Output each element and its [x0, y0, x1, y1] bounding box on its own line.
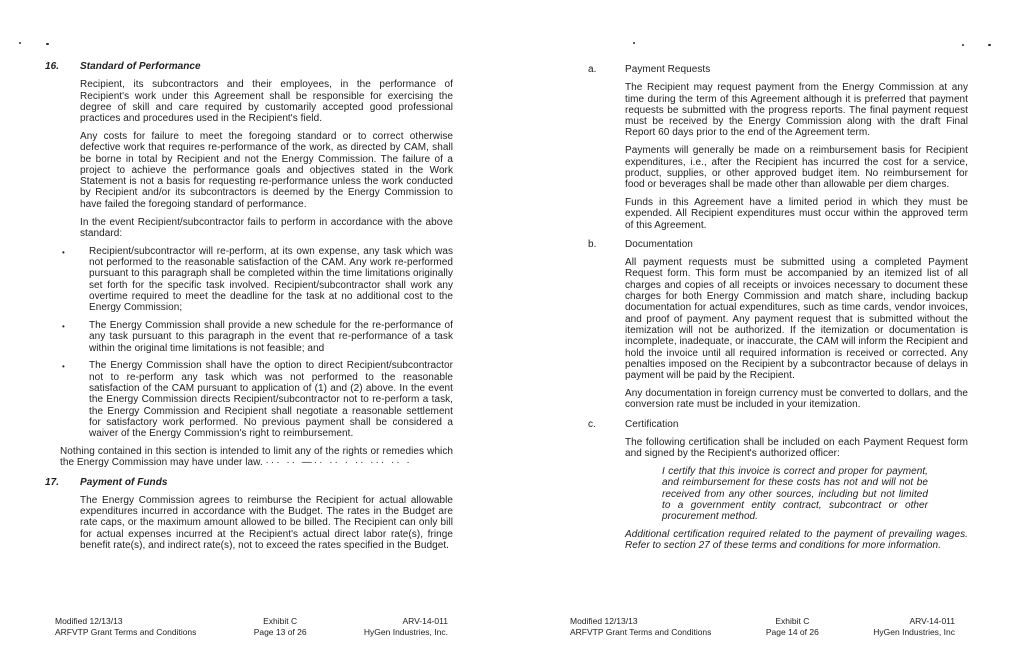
section-body: Recipient, its subcontractors and their … — [80, 79, 453, 439]
paragraph: Any documentation in foreign currency mu… — [625, 388, 968, 411]
section-16-standard-of-performance: 16. Standard of Performance Recipient, i… — [45, 61, 453, 469]
subsection-body: The following certification shall be inc… — [625, 437, 968, 552]
section-title: Standard of Performance — [80, 61, 201, 72]
paragraph: Additional certification required relate… — [625, 529, 968, 552]
footer-doc-title: ARFVTP Grant Terms and Conditions — [570, 627, 711, 638]
bullet-icon: • — [62, 360, 89, 439]
subsection-title: Payment Requests — [625, 64, 710, 75]
footer-doc-title: ARFVTP Grant Terms and Conditions — [55, 627, 196, 638]
subsection-heading: a. Payment Requests — [588, 64, 968, 75]
document-page-13: 16. Standard of Performance Recipient, i… — [45, 61, 453, 559]
footer-center-block: Exhibit C Page 13 of 26 — [254, 616, 307, 637]
subsection-letter: a. — [588, 64, 625, 75]
footer-exhibit: Exhibit C — [766, 616, 819, 627]
footer-modified-date: Modified 12/13/13 — [55, 616, 196, 627]
subsection-heading: c. Certification — [588, 419, 968, 430]
paragraph: Any costs for failure to meet the forego… — [80, 131, 453, 210]
paragraph: Recipient, its subcontractors and their … — [80, 79, 453, 124]
bullet-item: • Recipient/subcontractor will re-perfor… — [62, 246, 453, 314]
paragraph: Payments will generally be made on a rei… — [625, 145, 968, 190]
paragraph: The Energy Commission agrees to reimburs… — [80, 495, 453, 551]
subsection-a-payment-requests: a. Payment Requests The Recipient may re… — [588, 64, 968, 231]
scan-speckle — [962, 44, 964, 46]
subsection-c-certification: c. Certification The following certifica… — [588, 419, 968, 552]
certification-statement: I certify that this invoice is correct a… — [662, 466, 928, 522]
footer-page-number: Page 13 of 26 — [254, 627, 307, 638]
paragraph: Funds in this Agreement have a limited p… — [625, 197, 968, 231]
footer-company-name: HyGen Industries, Inc. — [364, 627, 448, 638]
footer-center-block: Exhibit C Page 14 of 26 — [766, 616, 819, 637]
footer-right-block: ARV-14-011 HyGen Industries, Inc — [873, 616, 955, 637]
section-body: The Energy Commission agrees to reimburs… — [80, 495, 453, 551]
scan-speckle — [633, 42, 635, 44]
paragraph: The following certification shall be inc… — [625, 437, 968, 460]
paragraph: All payment requests must be submitted u… — [625, 257, 968, 381]
subsection-title: Certification — [625, 419, 678, 430]
paragraph: Nothing contained in this section is int… — [60, 446, 453, 469]
bullet-text: The Energy Commission shall provide a ne… — [89, 320, 453, 354]
section-heading: 17. Payment of Funds — [45, 477, 453, 488]
subsection-title: Documentation — [625, 239, 693, 250]
scan-speckle — [988, 44, 991, 46]
footer-page-14: Modified 12/13/13 ARFVTP Grant Terms and… — [570, 616, 955, 637]
subsection-b-documentation: b. Documentation All payment requests mu… — [588, 239, 968, 411]
bullet-icon: • — [62, 246, 89, 314]
footer-right-block: ARV-14-011 HyGen Industries, Inc. — [364, 616, 448, 637]
subsection-heading: b. Documentation — [588, 239, 968, 250]
scan-speckle — [19, 42, 21, 44]
bullet-text: Recipient/subcontractor will re-perform,… — [89, 246, 453, 314]
bullet-icon: • — [62, 320, 89, 354]
scan-speckle — [46, 43, 49, 45]
section-number: 16. — [45, 61, 80, 72]
bullet-item: • The Energy Commission shall provide a … — [62, 320, 453, 354]
footer-modified-date: Modified 12/13/13 — [570, 616, 711, 627]
paragraph: The Recipient may request payment from t… — [625, 82, 968, 138]
scan-dash-artifact: ··· ·· —·· ·· · ·· ··· ·· · — [266, 457, 412, 468]
section-heading: 16. Standard of Performance — [45, 61, 453, 72]
subsection-body: The Recipient may request payment from t… — [625, 82, 968, 231]
footer-page-13: Modified 12/13/13 ARFVTP Grant Terms and… — [55, 616, 448, 637]
footer-left-block: Modified 12/13/13 ARFVTP Grant Terms and… — [570, 616, 711, 637]
footer-agreement-number: ARV-14-011 — [364, 616, 448, 627]
section-17-payment-of-funds: 17. Payment of Funds The Energy Commissi… — [45, 477, 453, 552]
subsection-letter: c. — [588, 419, 625, 430]
footer-exhibit: Exhibit C — [254, 616, 307, 627]
footer-left-block: Modified 12/13/13 ARFVTP Grant Terms and… — [55, 616, 196, 637]
footer-company-name: HyGen Industries, Inc — [873, 627, 955, 638]
subsection-body: All payment requests must be submitted u… — [625, 257, 968, 410]
bullet-item: • The Energy Commission shall have the o… — [62, 360, 453, 439]
subsection-letter: b. — [588, 239, 625, 250]
section-title: Payment of Funds — [80, 477, 167, 488]
footer-agreement-number: ARV-14-011 — [873, 616, 955, 627]
paragraph: In the event Recipient/subcontractor fai… — [80, 217, 453, 240]
section-number: 17. — [45, 477, 80, 488]
document-page-14: a. Payment Requests The Recipient may re… — [588, 64, 968, 559]
bullet-text: The Energy Commission shall have the opt… — [89, 360, 453, 439]
footer-page-number: Page 14 of 26 — [766, 627, 819, 638]
